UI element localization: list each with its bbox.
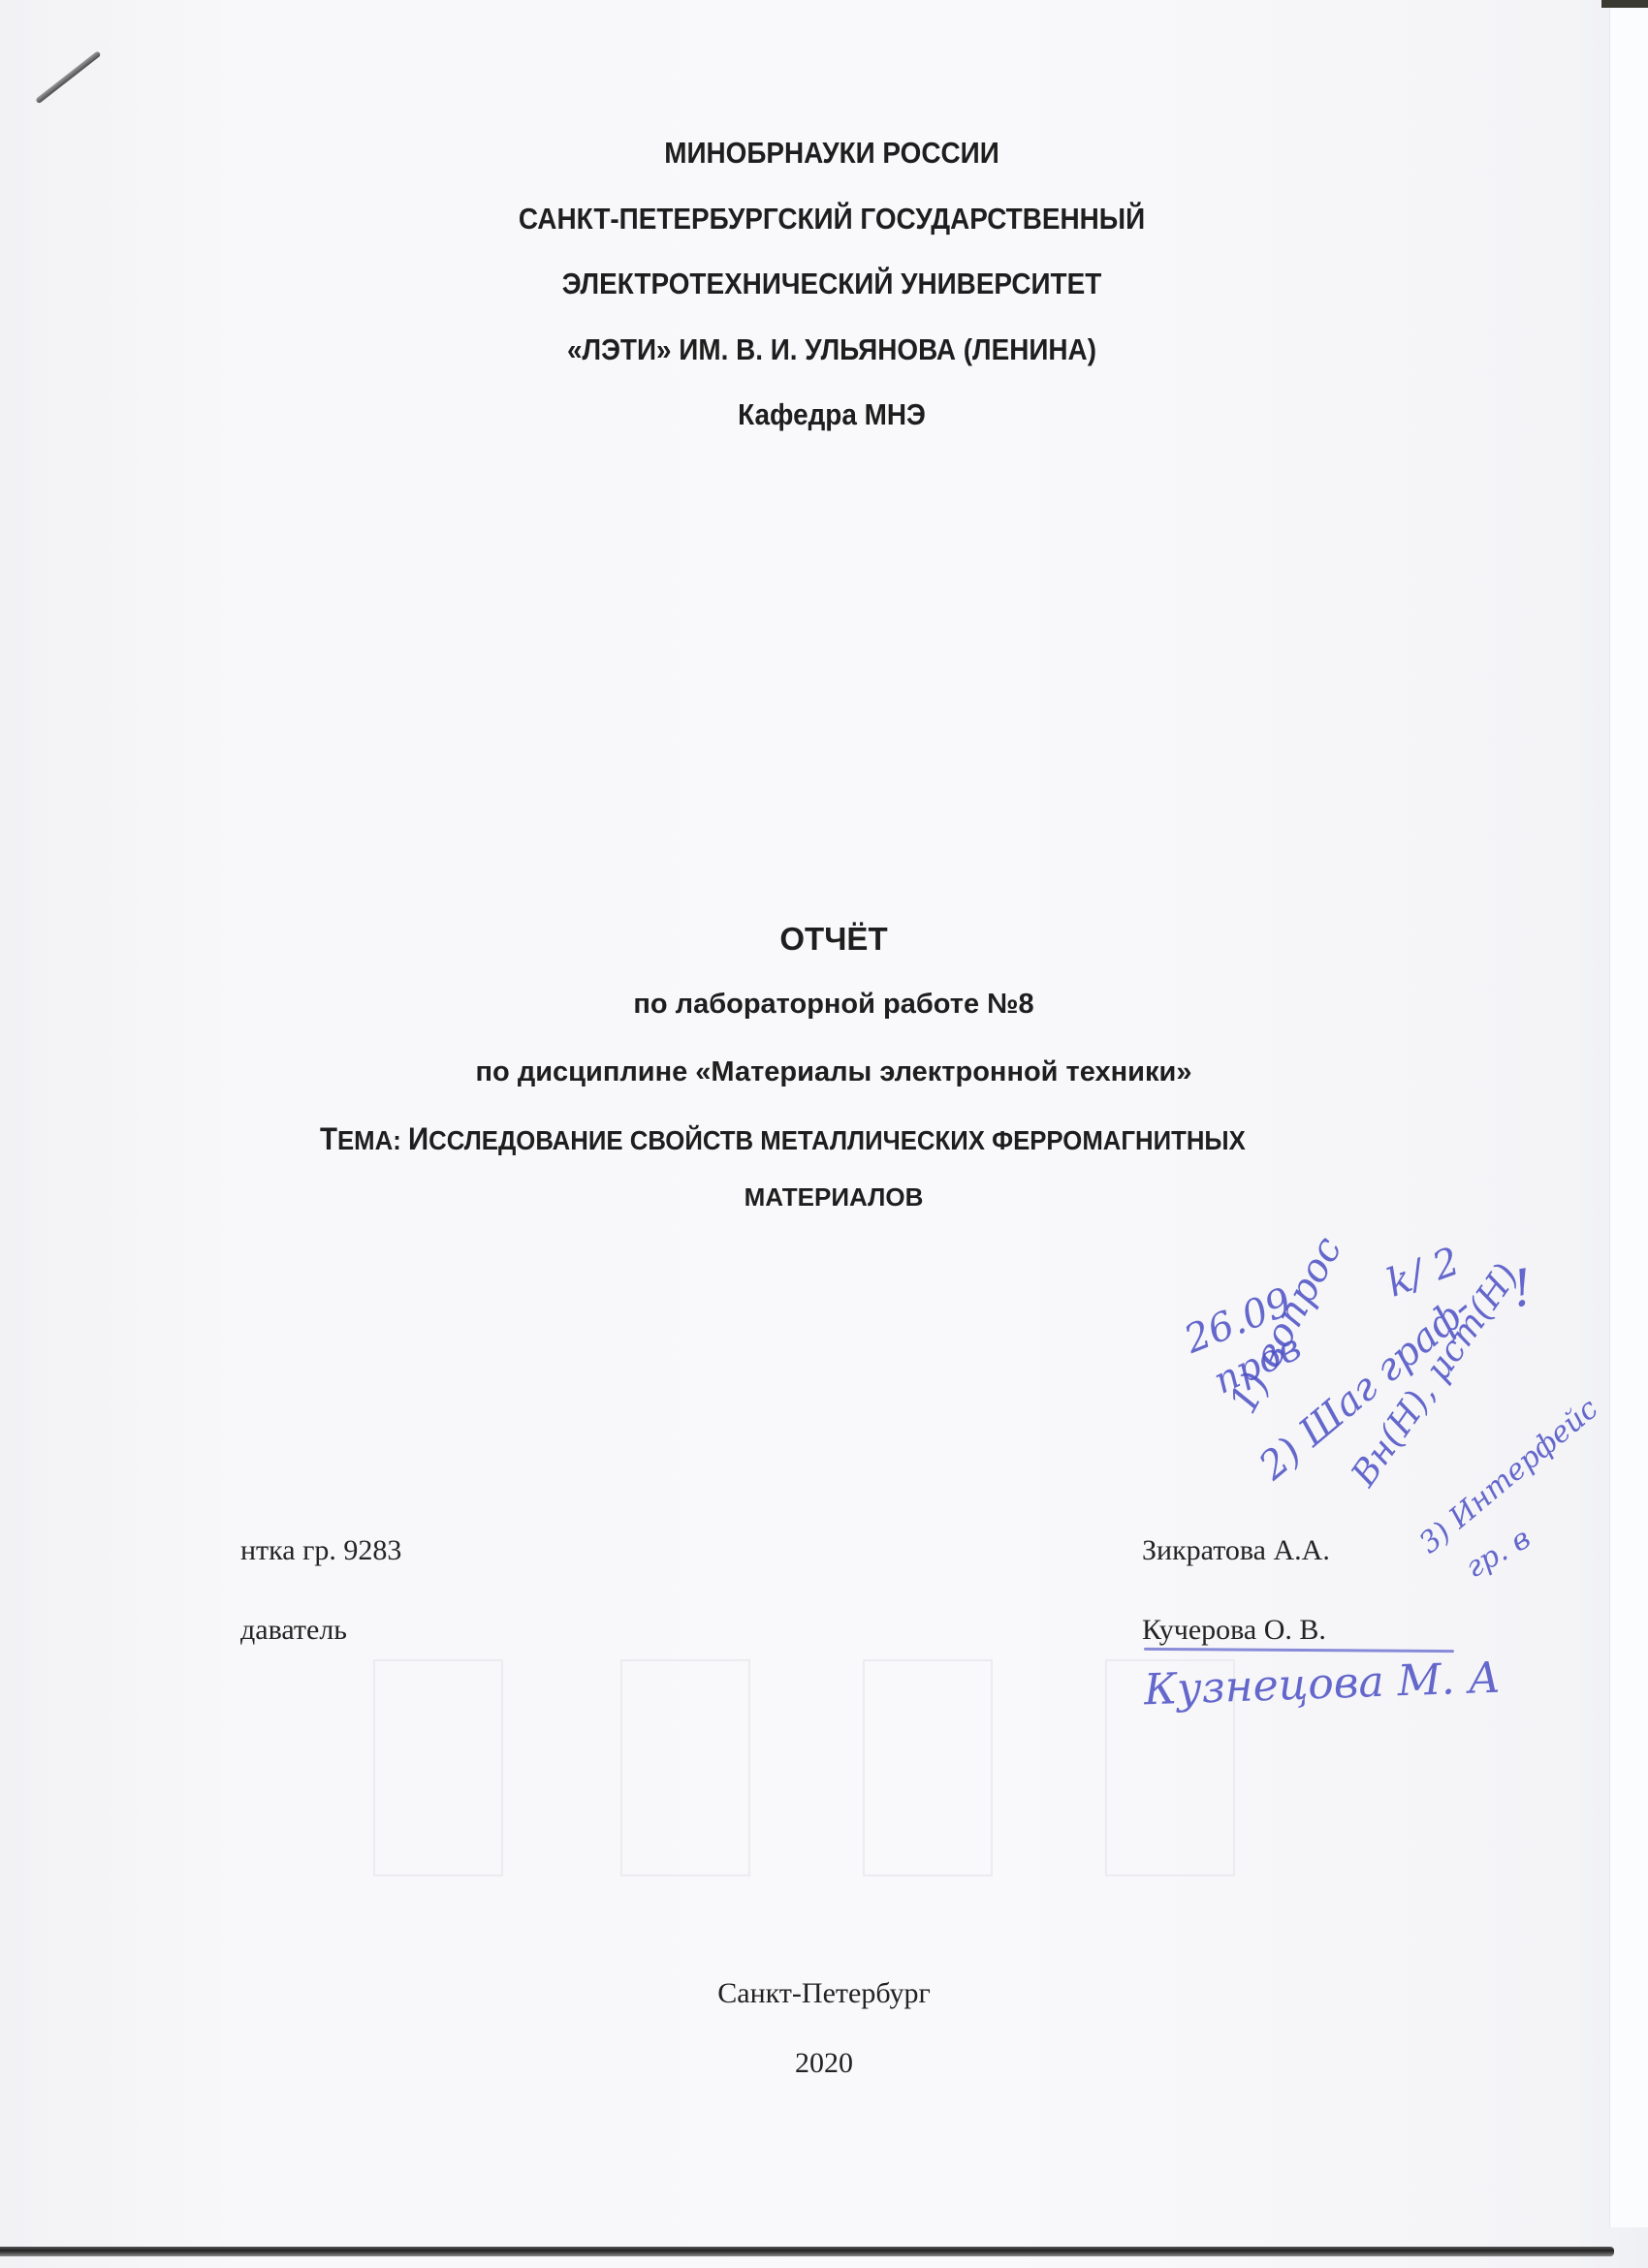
theme-cap: И [408, 1121, 428, 1156]
bleed-through-figure [373, 1659, 503, 1876]
scan-edge-top [1601, 0, 1648, 8]
student-name: Зикратова А.А. [1142, 1534, 1330, 1567]
bleed-through-figure [863, 1659, 993, 1876]
department-name: Кафедра МНЭ [90, 397, 1573, 432]
theme-prefix-cap: Т [320, 1121, 337, 1156]
page-edge [1609, 8, 1648, 2227]
teacher-label: даватель [240, 1614, 347, 1647]
city: Санкт-Петербург [0, 1977, 1648, 2010]
university-name-line3: «ЛЭТИ» ИМ. В. И. УЛЬЯНОВА (ЛЕНИНА) [90, 332, 1573, 367]
ministry-heading: МИНОБРНАУКИ РОССИИ [90, 136, 1573, 171]
report-theme-line1: ТЕМА: ИССЛЕДОВАНИЕ СВОЙСТВ МЕТАЛЛИЧЕСКИХ… [320, 1121, 1390, 1157]
university-name-line1: САНКТ-ПЕТЕРБУРГСКИЙ ГОСУДАРСТВЕННЫЙ [90, 202, 1573, 236]
report-title: ОТЧЁТ [10, 921, 1648, 958]
bleed-through-figure [620, 1659, 750, 1876]
report-theme-line2: МАТЕРИАЛОВ [10, 1182, 1648, 1213]
theme-prefix-rest: ЕМА: [337, 1125, 408, 1155]
teacher-name: Кучерова О. В. [1142, 1614, 1326, 1647]
university-name-line2: ЭЛЕКТРОТЕХНИЧЕСКИЙ УНИВЕРСИТЕТ [90, 267, 1573, 301]
discipline-name: по дисциплине «Материалы электронной тех… [10, 1056, 1648, 1088]
scan-edge-bottom [0, 2247, 1614, 2256]
year: 2020 [0, 2047, 1648, 2080]
theme-text: ССЛЕДОВАНИЕ СВОЙСТВ МЕТАЛЛИЧЕСКИХ ФЕРРОМ… [428, 1125, 1246, 1155]
student-label: нтка гр. 9283 [240, 1534, 401, 1567]
lab-work-number: по лабораторной работе №8 [10, 989, 1648, 1021]
